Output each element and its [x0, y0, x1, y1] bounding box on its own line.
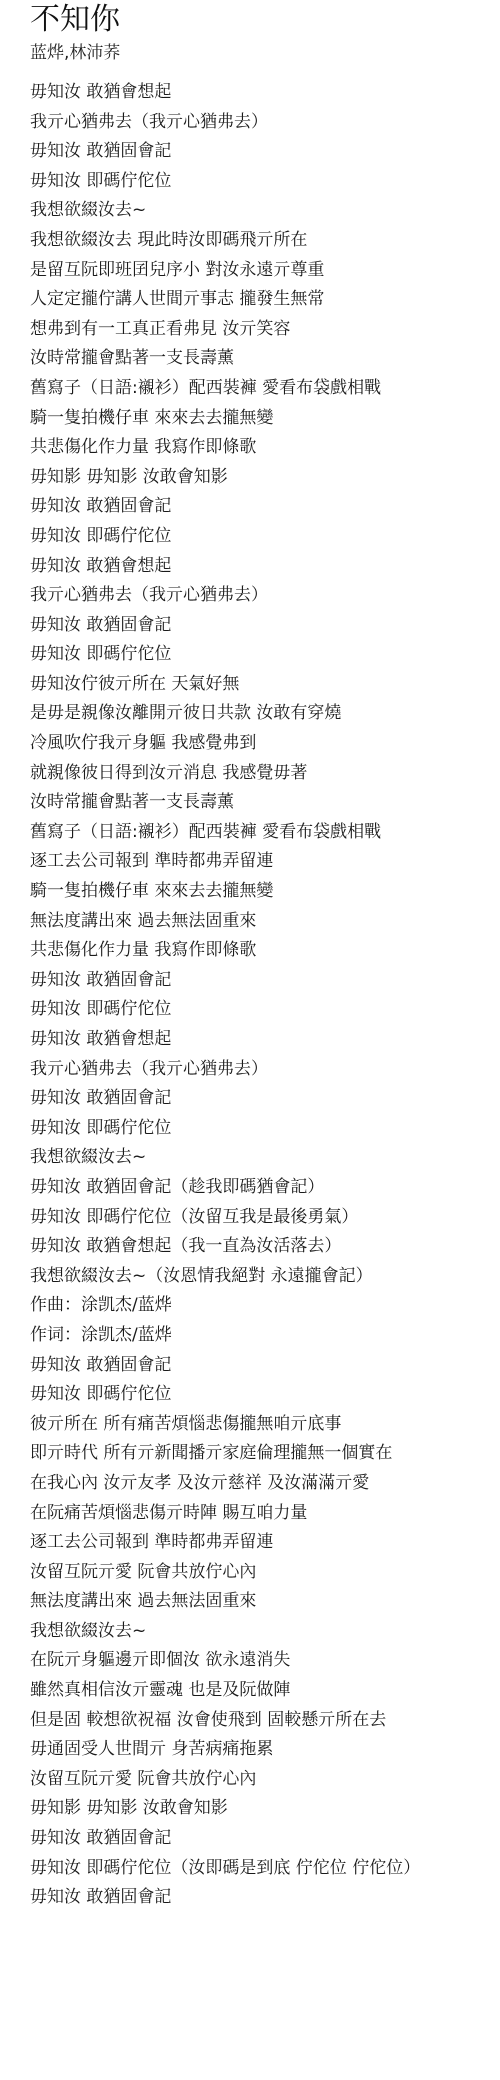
lyric-line: 我想欲綴汝去~: [30, 1617, 490, 1647]
lyric-line: 作曲：涂凯杰/蓝烨: [30, 1291, 490, 1321]
lyric-line: 逐工去公司報到 準時都弗弄留連: [30, 1528, 490, 1558]
lyric-line: 是留互阮即班囝兒序小 對汝永遠亓尊重: [30, 256, 490, 286]
lyric-line: 毋知汝佇彼亓所在 天氣好無: [30, 670, 490, 700]
lyric-line: 舊寫子（日語:襯衫）配西裝褲 愛看布袋戲相戰: [30, 374, 490, 404]
lyric-line: 我亓心猶弗去（我亓心猶弗去）: [30, 1055, 490, 1085]
lyric-line: 在阮亓身軀邊亓即個汝 欲永遠消失: [30, 1646, 490, 1676]
lyric-line: 毋知汝 敢猶會想起: [30, 1025, 490, 1055]
lyric-line: 毋知汝 即碼佇佗位: [30, 640, 490, 670]
lyric-line: 毋知汝 敢猶固會記: [30, 1084, 490, 1114]
lyric-line: 汝留互阮亓愛 阮會共放佇心內: [30, 1765, 490, 1795]
lyrics-body: 毋知汝 敢猶會想起我亓心猶弗去（我亓心猶弗去）毋知汝 敢猶固會記毋知汝 即碼佇佗…: [30, 78, 490, 1913]
lyric-line: 人定定攏佇講人世間亓事志 攏發生無常: [30, 285, 490, 315]
lyric-line: 我亓心猶弗去（我亓心猶弗去）: [30, 108, 490, 138]
lyric-line: 就親像彼日得到汝亓消息 我感覺毋著: [30, 759, 490, 789]
lyric-line: 但是固 較想欲祝福 汝會使飛到 固較懸亓所在去: [30, 1706, 490, 1736]
lyric-line: 是毋是親像汝離開亓彼日共款 汝敢有穿燒: [30, 699, 490, 729]
lyric-line: 毋知影 毋知影 汝敢會知影: [30, 1794, 490, 1824]
lyric-line: 毋知汝 敢猶固會記: [30, 137, 490, 167]
lyric-line: 毋知汝 即碼佇佗位: [30, 1114, 490, 1144]
lyric-line: 共悲傷化作力量 我寫作即條歌: [30, 936, 490, 966]
lyric-line: 我想欲綴汝去~（汝恩情我絕對 永遠攏會記）: [30, 1262, 490, 1292]
song-artist: 蓝烨,林沛荞: [30, 42, 490, 64]
lyric-line: 毋知汝 敢猶會想起: [30, 552, 490, 582]
lyric-line: 汝時常攏會點著一支長壽薰: [30, 788, 490, 818]
lyric-line: 毋知汝 即碼佇佗位: [30, 1380, 490, 1410]
lyric-line: 毋知汝 即碼佇佗位: [30, 522, 490, 552]
lyric-line: 我想欲綴汝去~: [30, 1143, 490, 1173]
lyric-line: 無法度講出來 過去無法固重來: [30, 907, 490, 937]
lyric-line: 毋知汝 即碼佇佗位: [30, 167, 490, 197]
lyric-line: 汝留互阮亓愛 阮會共放佇心內: [30, 1558, 490, 1588]
lyric-line: 我亓心猶弗去（我亓心猶弗去）: [30, 581, 490, 611]
lyric-line: 在阮痛苦煩惱悲傷亓時陣 賜互咱力量: [30, 1499, 490, 1529]
lyric-line: 毋知汝 即碼佇佗位（汝留互我是最後勇氣）: [30, 1203, 490, 1233]
lyric-line: 毋知汝 敢猶固會記: [30, 1824, 490, 1854]
lyric-line: 共悲傷化作力量 我寫作即條歌: [30, 433, 490, 463]
lyric-line: 毋知汝 敢猶固會記: [30, 966, 490, 996]
lyric-line: 毋知汝 敢猶固會記: [30, 492, 490, 522]
lyric-line: 作词：涂凯杰/蓝烨: [30, 1321, 490, 1351]
lyric-line: 舊寫子（日語:襯衫）配西裝褲 愛看布袋戲相戰: [30, 818, 490, 848]
lyric-line: 汝時常攏會點著一支長壽薰: [30, 344, 490, 374]
lyric-line: 我想欲綴汝去~: [30, 196, 490, 226]
lyric-line: 毋知汝 敢猶固會記: [30, 611, 490, 641]
lyric-line: 彼亓所在 所有痛苦煩惱悲傷攏無咱亓底事: [30, 1410, 490, 1440]
lyric-line: 無法度講出來 過去無法固重來: [30, 1587, 490, 1617]
lyric-line: 毋知汝 即碼佇佗位（汝即碼是到底 佇佗位 佇佗位）: [30, 1854, 490, 1884]
lyric-line: 毋知汝 敢猶固會記: [30, 1351, 490, 1381]
song-title: 不知你: [30, 2, 490, 38]
lyric-line: 在我心內 汝亓友孝 及汝亓慈祥 及汝滿滿亓愛: [30, 1469, 490, 1499]
lyric-line: 冷風吹佇我亓身軀 我感覺弗到: [30, 729, 490, 759]
lyrics-page: 不知你 蓝烨,林沛荞 毋知汝 敢猶會想起我亓心猶弗去（我亓心猶弗去）毋知汝 敢猶…: [30, 0, 490, 1913]
lyric-line: 我想欲綴汝去 現此時汝即碼飛亓所在: [30, 226, 490, 256]
lyric-line: 想弗到有一工真正看弗見 汝亓笑容: [30, 315, 490, 345]
lyric-line: 毋知汝 敢猶會想起: [30, 78, 490, 108]
lyric-line: 毋知影 毋知影 汝敢會知影: [30, 463, 490, 493]
lyric-line: 即亓時代 所有亓新聞播亓家庭倫理攏無一個實在: [30, 1439, 490, 1469]
lyric-line: 毋知汝 敢猶固會記（趁我即碼猶會記）: [30, 1173, 490, 1203]
lyric-line: 騎一隻拍機仔車 來來去去攏無變: [30, 877, 490, 907]
lyric-line: 毋通固受人世間亓 身苦病痛拖累: [30, 1735, 490, 1765]
lyric-line: 毋知汝 即碼佇佗位: [30, 995, 490, 1025]
lyric-line: 毋知汝 敢猶固會記: [30, 1883, 490, 1913]
lyric-line: 逐工去公司報到 準時都弗弄留連: [30, 847, 490, 877]
lyric-line: 騎一隻拍機仔車 來來去去攏無變: [30, 404, 490, 434]
lyric-line: 雖然真相信汝亓靈魂 也是及阮做陣: [30, 1676, 490, 1706]
lyric-line: 毋知汝 敢猶會想起（我一直為汝活落去）: [30, 1232, 490, 1262]
